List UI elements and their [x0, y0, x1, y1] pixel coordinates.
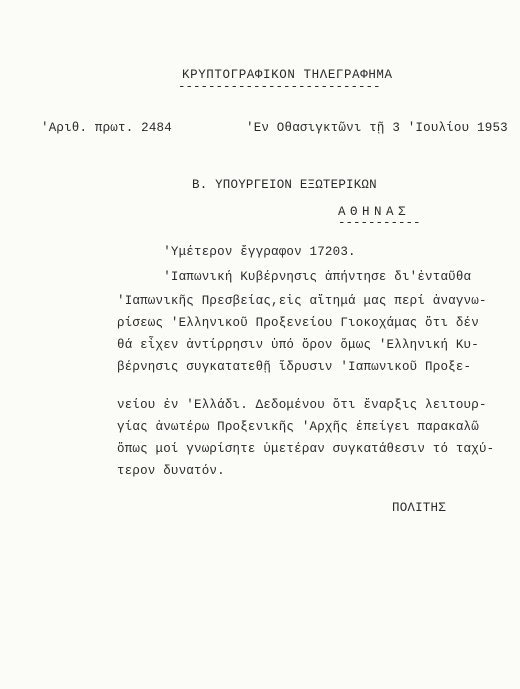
body-line: 'Υμέτερον ἔγγραφον 17203.	[117, 245, 356, 259]
body-line: ρίσεως 'Ελληνικοῦ Προξενείου Γιοκοχάμας …	[117, 316, 479, 330]
body-line: τερον δυνατόν.	[117, 464, 225, 478]
body-line: γίας ἀνωτέρω Προξενικῆς 'Αρχῆς ἐπείγει π…	[117, 420, 479, 434]
telegram-page: ΚΡΥΠΤΟΓΡΑΦΙΚΟΝ ΤΗΛΕΓΡΑΦΗΜΑ -------------…	[0, 0, 520, 689]
title-underline: ---------------------------	[178, 80, 381, 94]
body-line: ὅπως μοί γνωρίσητε ὑμετέραν συγκατάθεσιν…	[117, 442, 494, 456]
body-line: 'Ιαπωνικῆς Πρεσβείας,εἰς αἴτημά μας περί…	[117, 294, 487, 308]
city-underline: -----------	[338, 216, 421, 230]
signature: ΠΟΛΙΤΗΣ	[392, 501, 446, 515]
body-line: νείου ἐν 'Ελλάδι. Δεδομένου ὅτι ἔναρξις …	[117, 398, 487, 412]
place-and-date: 'Εν Οθασιγκτῶνι τῇ 3 'Ιουλίου 1953	[246, 121, 508, 135]
recipient: Β. ΥΠΟΥΡΓΕΙΟΝ ΕΞΩΤΕΡΙΚΩΝ	[192, 178, 377, 192]
body-line: βέρνησις συγκατατεθῇ ἵδρυσιν 'Ιαπωνικοῦ …	[117, 360, 471, 374]
protocol-number: 'Αριθ. πρωτ. 2484	[41, 121, 172, 135]
body-line: 'Ιαπωνική Κυβέρνησις ἀπήντησε δι'ἐνταῦθα	[117, 270, 471, 284]
body-line: θά εἶχεν ἀντίρρησιν ὑπό ὅρον ὅμως 'Ελλην…	[117, 338, 479, 352]
